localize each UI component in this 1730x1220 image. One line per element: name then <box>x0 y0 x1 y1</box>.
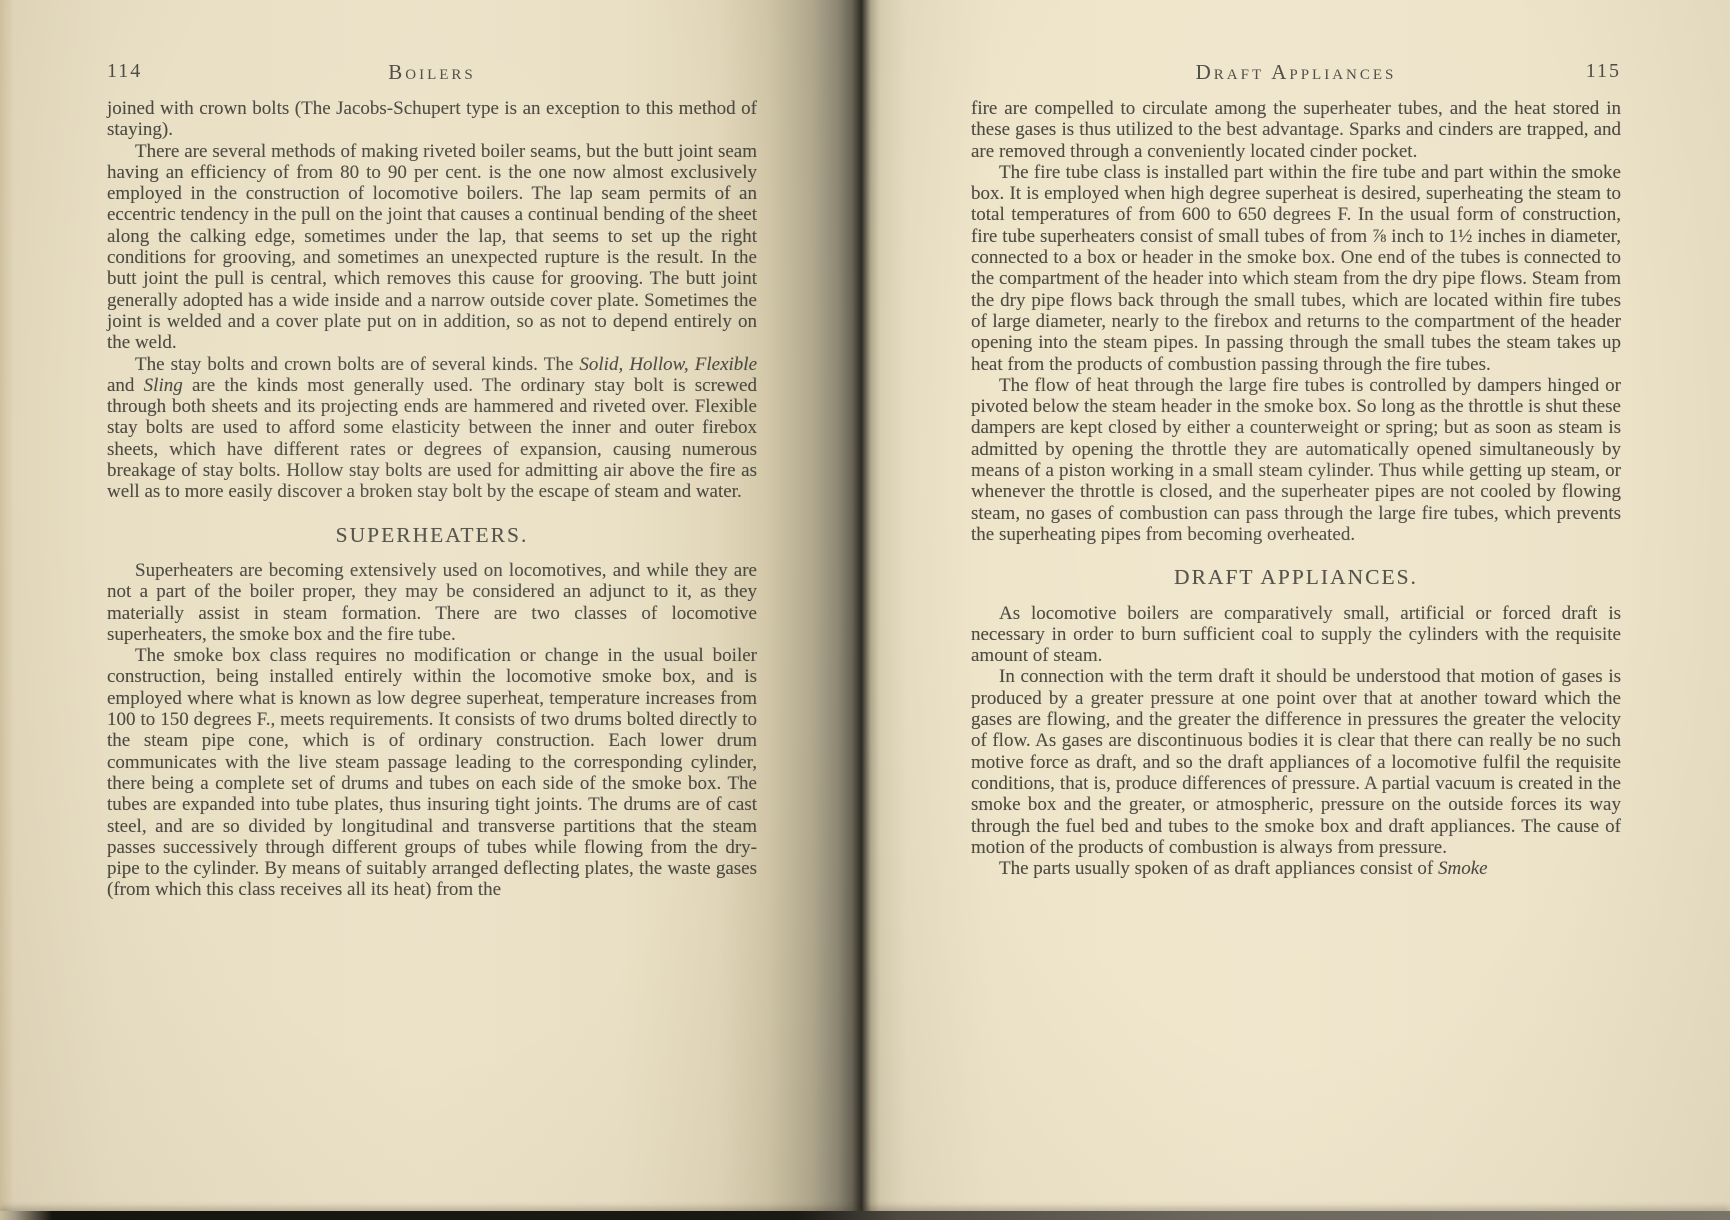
text-segment: Superheaters are becoming extensively us… <box>107 560 757 645</box>
text-segment: As locomotive boilers are comparatively … <box>971 603 1621 667</box>
italic-term: Solid, Hollow, Flexible <box>579 354 757 375</box>
paragraph: There are several methods of making rive… <box>107 141 757 354</box>
section-heading: SUPERHEATERS. <box>107 525 757 546</box>
text-segment: There are several methods of making rive… <box>107 141 757 354</box>
text-segment: The smoke box class requires no modifica… <box>107 645 757 900</box>
right-page-body: fire are compelled to circulate among th… <box>971 98 1621 879</box>
paragraph: As locomotive boilers are comparatively … <box>971 603 1621 667</box>
text-segment: The fire tube class is installed part wi… <box>971 162 1621 375</box>
right-running-head: Draft Appliances 115 <box>971 60 1621 90</box>
text-segment: fire are compelled to circulate among th… <box>971 98 1621 162</box>
paragraph: The smoke box class requires no modifica… <box>107 645 757 901</box>
book-spread: 114 Boilers joined with crown bolts (The… <box>0 0 1730 1220</box>
text-segment: joined with crown bolts (The Jacobs-Schu… <box>107 98 757 140</box>
paragraph: The parts usually spoken of as draft app… <box>971 858 1621 879</box>
left-running-title: Boilers <box>107 60 757 85</box>
section-heading: DRAFT APPLIANCES. <box>971 567 1621 588</box>
right-page: Draft Appliances 115 fire are compelled … <box>862 0 1730 1220</box>
text-segment: In connection with the term draft it sho… <box>971 666 1621 857</box>
text-segment: The stay bolts and crown bolts are of se… <box>135 354 579 375</box>
left-running-head: 114 Boilers <box>107 60 757 90</box>
text-segment: are the kinds most generally used. The o… <box>107 375 757 502</box>
right-page-number: 115 <box>1586 60 1621 83</box>
italic-term: Sling <box>144 375 183 396</box>
book-bottom-edge-shadow <box>0 1211 1730 1220</box>
text-segment: The parts usually spoken of as draft app… <box>999 858 1438 879</box>
text-segment: and <box>107 375 144 396</box>
italic-term: Smoke <box>1438 858 1488 879</box>
paragraph: fire are compelled to circulate among th… <box>971 98 1621 162</box>
paragraph: joined with crown bolts (The Jacobs-Schu… <box>107 98 757 141</box>
text-segment: The flow of heat through the large fire … <box>971 375 1621 545</box>
left-page-body: joined with crown bolts (The Jacobs-Schu… <box>107 98 757 901</box>
paragraph: Superheaters are becoming extensively us… <box>107 560 757 645</box>
left-page: 114 Boilers joined with crown bolts (The… <box>0 0 862 1220</box>
paragraph: The flow of heat through the large fire … <box>971 375 1621 545</box>
paragraph: The fire tube class is installed part wi… <box>971 162 1621 375</box>
paragraph: The stay bolts and crown bolts are of se… <box>107 354 757 503</box>
paragraph: In connection with the term draft it sho… <box>971 666 1621 858</box>
right-running-title: Draft Appliances <box>971 60 1621 85</box>
